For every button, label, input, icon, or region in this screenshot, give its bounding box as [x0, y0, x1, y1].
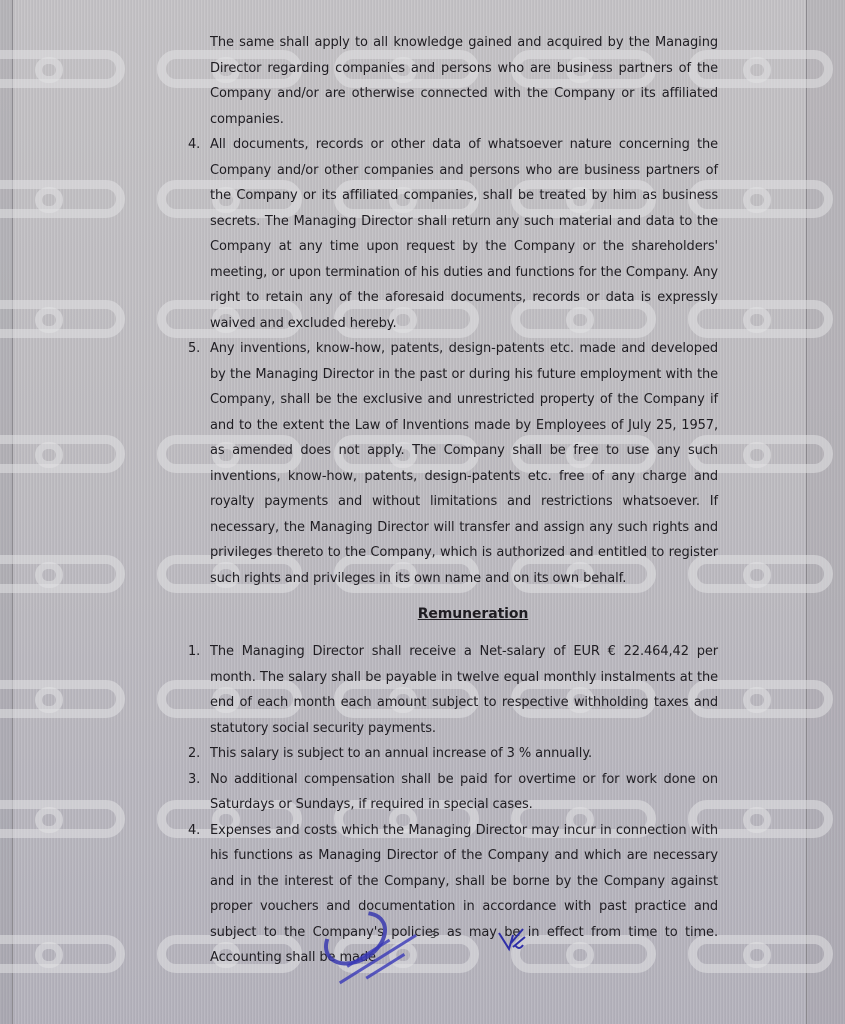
item-text: The Managing Director shall receive a Ne… — [210, 639, 718, 741]
item-text: All documents, records or other data of … — [210, 132, 718, 336]
list-item: 2. This salary is subject to an annual i… — [188, 741, 718, 767]
item-number: 1. — [188, 639, 210, 741]
page-edge-shadow-left — [0, 0, 12, 1024]
section-heading: Remuneration — [228, 601, 718, 627]
watermark-logo-icon — [0, 680, 125, 718]
page-number: 3 — [430, 930, 436, 941]
list-item: 5. Any inventions, know-how, patents, de… — [188, 336, 718, 591]
watermark-logo-icon — [0, 300, 125, 338]
list-item: 1. The Managing Director shall receive a… — [188, 639, 718, 741]
intro-paragraph: The same shall apply to all knowledge ga… — [188, 30, 718, 132]
watermark-logo-icon — [0, 935, 125, 973]
watermark-logo-icon — [0, 555, 125, 593]
item-text: No additional compensation shall be paid… — [210, 767, 718, 818]
item-text: Any inventions, know-how, patents, desig… — [210, 336, 718, 591]
item-number: 3. — [188, 767, 210, 818]
item-text: Expenses and costs which the Managing Di… — [210, 818, 718, 971]
list-item: 4. All documents, records or other data … — [188, 132, 718, 336]
handwritten-initials-icon — [497, 925, 527, 955]
watermark-logo-icon — [0, 180, 125, 218]
list-item: 4. Expenses and costs which the Managing… — [188, 818, 718, 971]
item-number: 2. — [188, 741, 210, 767]
watermark-logo-icon — [0, 435, 125, 473]
item-number: 4. — [188, 132, 210, 336]
page-edge-left — [12, 0, 13, 1024]
list-item: 3. No additional compensation shall be p… — [188, 767, 718, 818]
page-edge-shadow-right — [807, 0, 845, 1024]
item-text: This salary is subject to an annual incr… — [210, 741, 718, 767]
document-body: The same shall apply to all knowledge ga… — [188, 30, 718, 971]
item-number: 4. — [188, 818, 210, 971]
watermark-logo-icon — [0, 800, 125, 838]
document-page: The same shall apply to all knowledge ga… — [0, 0, 845, 1024]
item-number: 5. — [188, 336, 210, 591]
watermark-logo-icon — [0, 50, 125, 88]
